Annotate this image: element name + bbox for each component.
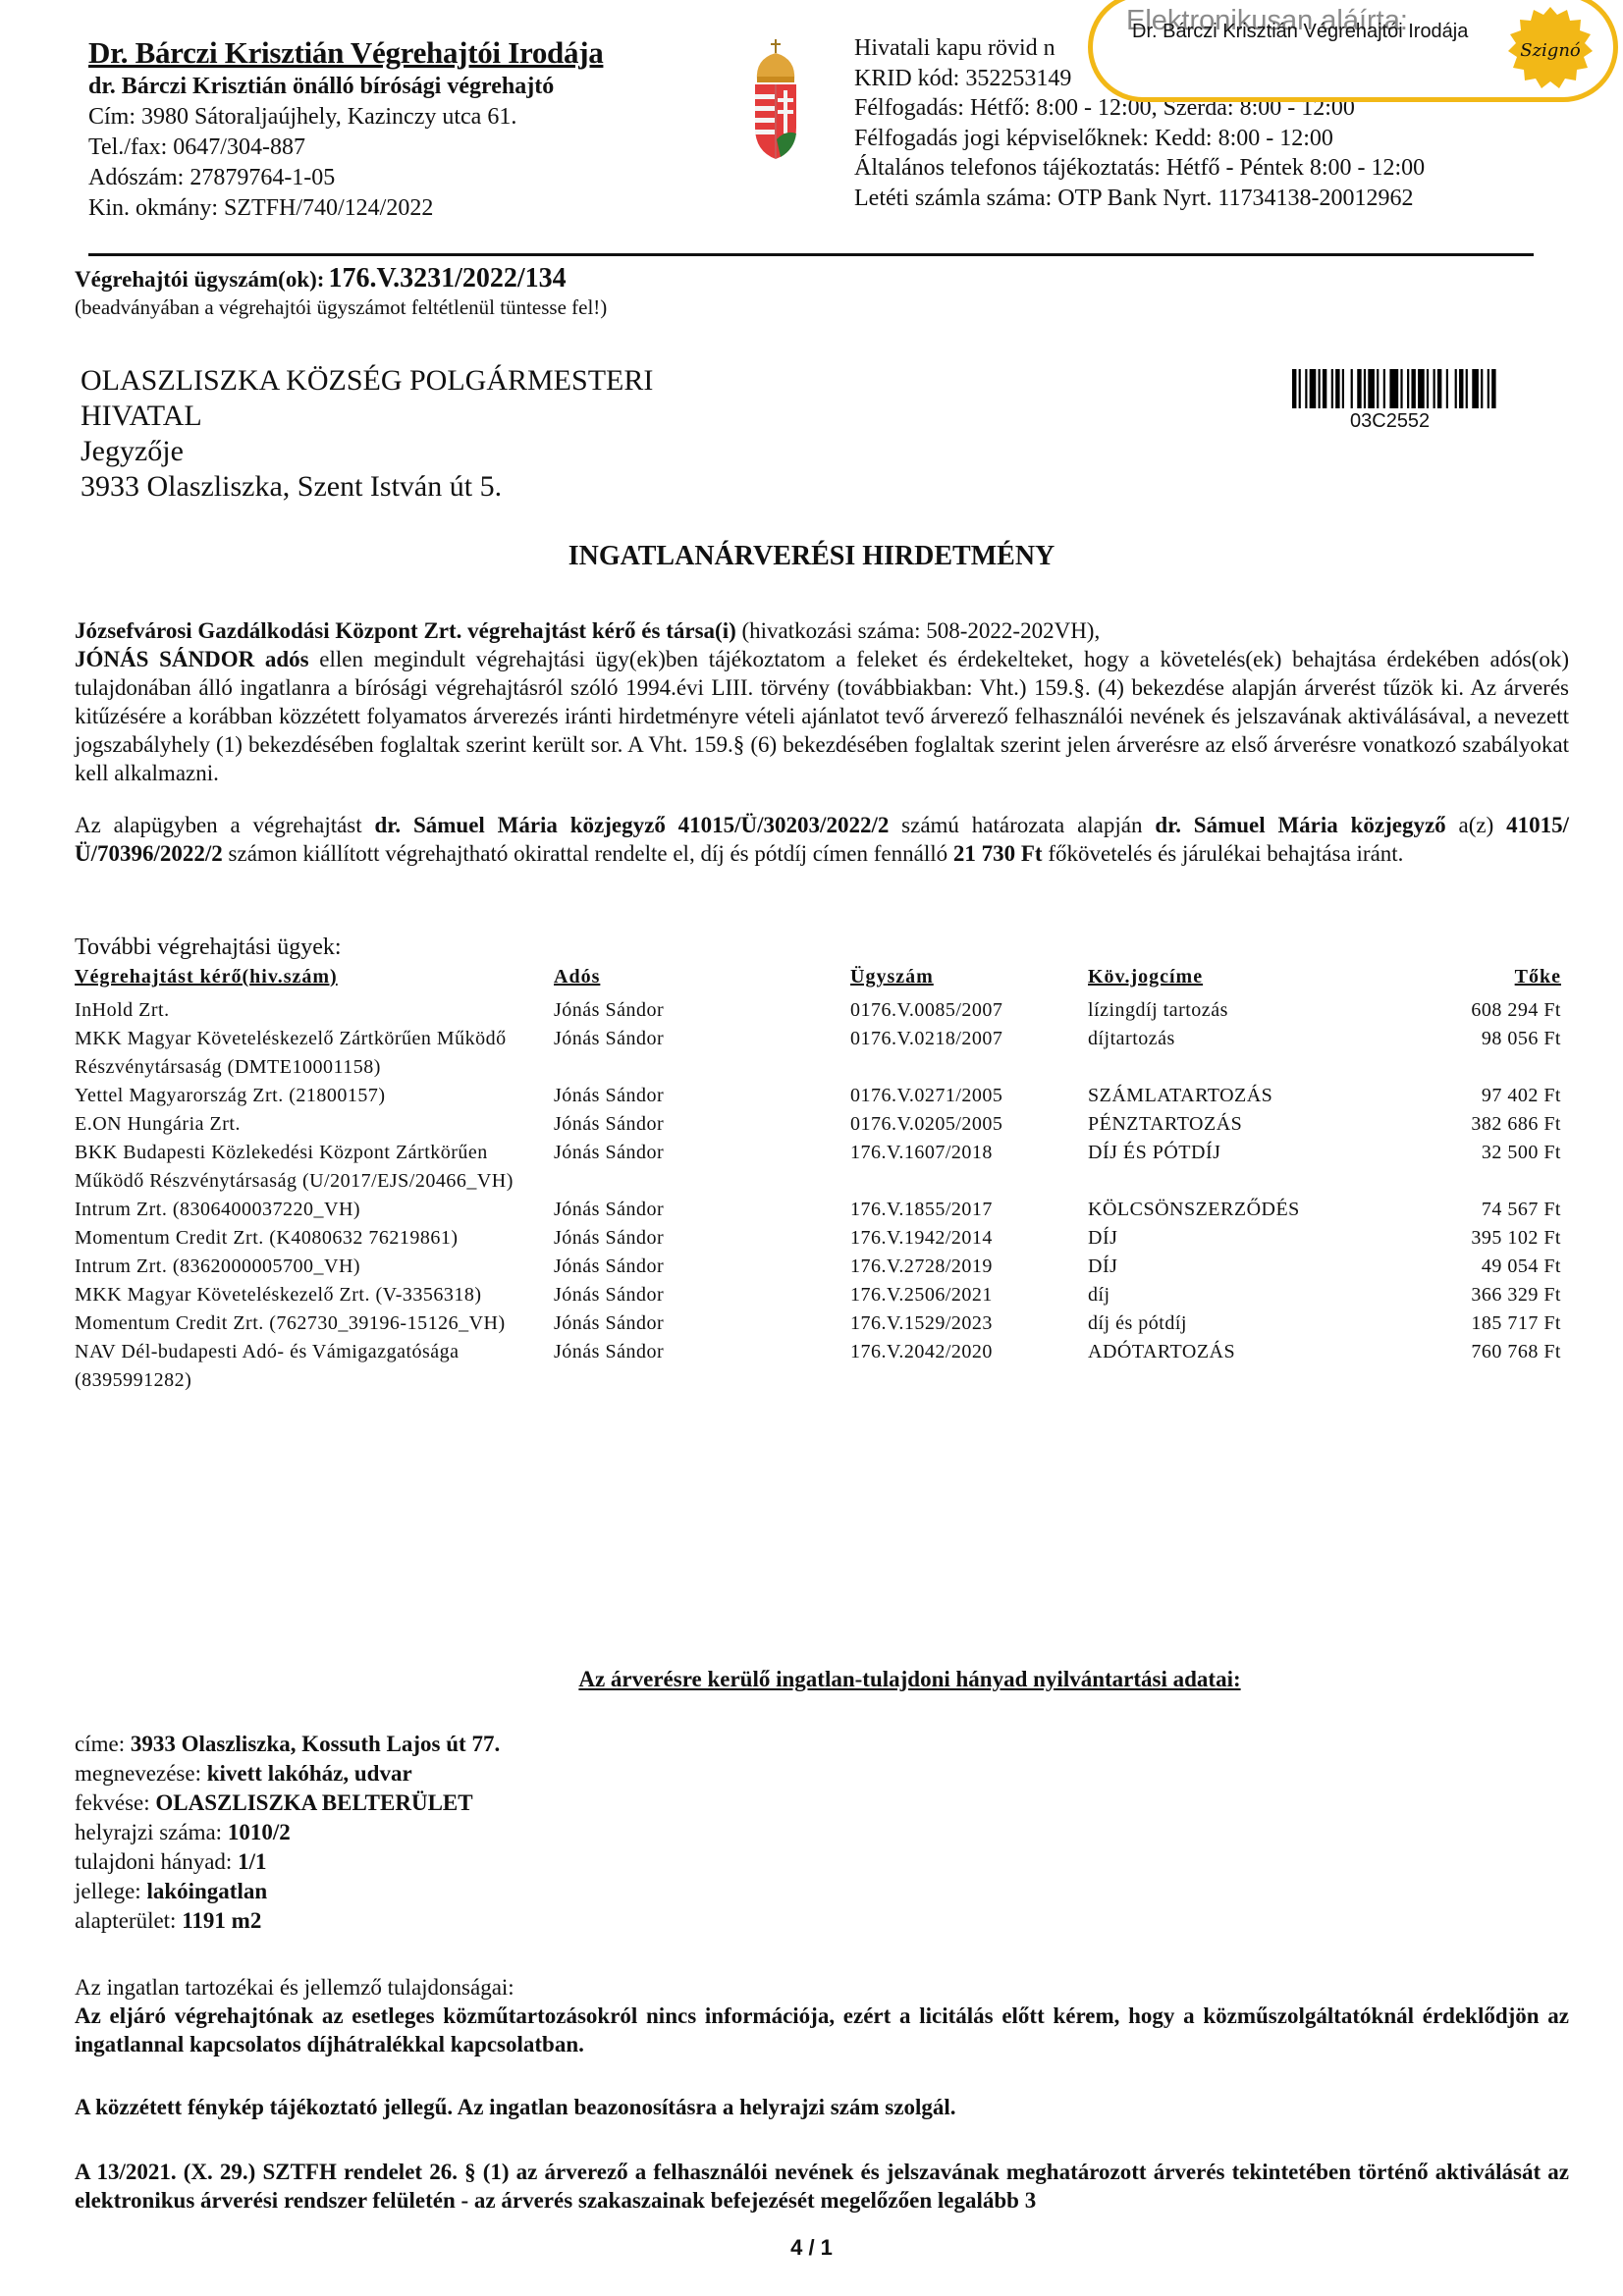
table-row: Intrum Zrt. (8306400037220_VH)Jónás Sánd… (75, 1196, 1569, 1224)
legal-rep-hours: Félfogadás jogi képviselőknek: Kedd: 8:0… (854, 124, 1542, 154)
creditor-name: Józsefvárosi Gazdálkodási Központ Zrt. v… (75, 618, 736, 643)
table-row: MKK Magyar Követeléskezelő Zártkörűen Mű… (75, 1025, 1569, 1082)
cell-case-number: 176.V.1529/2023 (850, 1309, 1088, 1338)
text-span: a(z) (1446, 813, 1506, 837)
cell-case-number: 176.V.1607/2018 (850, 1139, 1088, 1196)
cell-claim-title: DÍJ ÉS PÓTDÍJ (1088, 1139, 1382, 1196)
cell-principal: 608 294 Ft (1382, 996, 1569, 1025)
addressee-line: Jegyzője (81, 434, 653, 469)
document-title: INGATLANÁRVERÉSI HIRDETMÉNY (0, 541, 1623, 572)
cell-debtor: Jónás Sándor (554, 1253, 850, 1281)
cell-principal: 382 686 Ft (1382, 1110, 1569, 1139)
auction-notice-paragraph: Józsefvárosi Gazdálkodási Központ Zrt. v… (75, 616, 1569, 787)
cell-creditor: NAV Dél-budapesti Adó- és Vámigazgatóság… (75, 1338, 554, 1395)
accessories-paragraph: Az ingatlan tartozékai és jellemző tulaj… (75, 1973, 1569, 2058)
text-span: számú határozata alapján (889, 813, 1155, 837)
office-title: Dr. Bárczi Krisztián Végrehajtói Irodája (88, 35, 756, 71)
principal-amount: 21 730 Ft (953, 841, 1043, 866)
accessories-label: Az ingatlan tartozékai és jellemző tulaj… (75, 1973, 1569, 2002)
addressee-block: OLASZLISZKA KÖZSÉG POLGÁRMESTERI HIVATAL… (81, 363, 653, 505)
cell-debtor: Jónás Sándor (554, 1139, 850, 1196)
property-field-label: fekvése: (75, 1790, 155, 1815)
addressee-line: 3933 Olaszliszka, Szent István út 5. (81, 469, 653, 505)
creditor-reference: (hivatkozási száma: 508-2022-202VH), (736, 618, 1100, 643)
cell-principal: 74 567 Ft (1382, 1196, 1569, 1224)
cell-debtor: Jónás Sándor (554, 996, 850, 1025)
case-number: 176.V.3231/2022/134 (328, 263, 566, 294)
cell-creditor: MKK Magyar Követeléskezelő Zrt. (V-33563… (75, 1281, 554, 1309)
case-number-block: Végrehajtói ügyszám(ok): 176.V.3231/2022… (75, 263, 607, 320)
cell-claim-title: SZÁMLATARTOZÁS (1088, 1082, 1382, 1110)
cell-creditor: Momentum Credit Zrt. (762730_39196-15126… (75, 1309, 554, 1338)
barcode-icon (1292, 369, 1500, 408)
column-header-debtor: Adós (554, 966, 850, 996)
property-field: alapterület: 1191 m2 (75, 1906, 500, 1936)
cell-debtor: Jónás Sándor (554, 1110, 850, 1139)
cell-claim-title: díj és pótdíj (1088, 1309, 1382, 1338)
cell-debtor: Jónás Sándor (554, 1082, 850, 1110)
cell-creditor: MKK Magyar Követeléskezelő Zártkörűen Mű… (75, 1025, 554, 1082)
cell-principal: 49 054 Ft (1382, 1253, 1569, 1281)
table-row: BKK Budapesti Közlekedési Központ Zártkö… (75, 1139, 1569, 1196)
cell-creditor: Momentum Credit Zrt. (K4080632 76219861) (75, 1224, 554, 1253)
other-cases-table: Végrehajtást kérő(hiv.szám) Adós Ügyszám… (75, 966, 1569, 1395)
cell-case-number: 176.V.1942/2014 (850, 1224, 1088, 1253)
property-field-label: jellege: (75, 1879, 146, 1903)
column-header-principal: Tőke (1382, 966, 1569, 996)
text-span: Az alapügyben a végrehajtást (75, 813, 374, 837)
property-field-value: 1191 m2 (182, 1908, 261, 1933)
office-appointment-doc: Kin. okmány: SZTFH/740/124/2022 (88, 193, 756, 224)
cell-claim-title: PÉNZTARTOZÁS (1088, 1110, 1382, 1139)
barcode-text: 03C2552 (1350, 410, 1430, 433)
office-subtitle: dr. Bárczi Krisztián önálló bírósági vég… (88, 71, 756, 102)
case-number-note: (beadványában a végrehajtói ügyszámot fe… (75, 294, 607, 320)
property-details: címe: 3933 Olaszliszka, Kossuth Lajos út… (75, 1730, 500, 1936)
cell-claim-title: DÍJ (1088, 1253, 1382, 1281)
phone-info-hours: Általános telefonos tájékoztatás: Hétfő … (854, 153, 1542, 184)
accessories-text: Az eljáró végrehajtónak az esetleges köz… (75, 2003, 1569, 2056)
office-phone: Tel./fax: 0647/304-887 (88, 133, 756, 163)
cell-case-number: 176.V.1855/2017 (850, 1196, 1088, 1224)
addressee-line: HIVATAL (81, 399, 653, 434)
regulation-paragraph: A 13/2021. (X. 29.) SZTFH rendelet 26. §… (75, 2158, 1569, 2215)
table-row: Momentum Credit Zrt. (762730_39196-15126… (75, 1309, 1569, 1338)
table-row: MKK Magyar Követeléskezelő Zrt. (V-33563… (75, 1281, 1569, 1309)
hungarian-coat-of-arms-icon (751, 37, 800, 161)
cell-principal: 760 768 Ft (1382, 1338, 1569, 1395)
cell-case-number: 0176.V.0085/2007 (850, 996, 1088, 1025)
property-field-label: alapterület: (75, 1908, 182, 1933)
cell-creditor: InHold Zrt. (75, 996, 554, 1025)
property-field-value: kivett lakóház, udvar (207, 1761, 412, 1786)
cell-principal: 32 500 Ft (1382, 1139, 1569, 1196)
case-number-label: Végrehajtói ügyszám(ok): (75, 267, 324, 292)
cell-creditor: Intrum Zrt. (8306400037220_VH) (75, 1196, 554, 1224)
property-field: címe: 3933 Olaszliszka, Kossuth Lajos út… (75, 1730, 500, 1759)
cell-claim-title: lízingdíj tartozás (1088, 996, 1382, 1025)
base-case-paragraph: Az alapügyben a végrehajtást dr. Sámuel … (75, 811, 1569, 868)
property-field-value: 3933 Olaszliszka, Kossuth Lajos út 77. (131, 1732, 500, 1756)
office-address: Cím: 3980 Sátoraljaújhely, Kazinczy utca… (88, 102, 756, 133)
debtor-name: JÓNÁS SÁNDOR adós (75, 647, 309, 671)
cell-debtor: Jónás Sándor (554, 1025, 850, 1082)
cell-claim-title: ADÓTARTOZÁS (1088, 1338, 1382, 1395)
cell-case-number: 0176.V.0271/2005 (850, 1082, 1088, 1110)
table-row: InHold Zrt.Jónás Sándor0176.V.0085/2007l… (75, 996, 1569, 1025)
property-field-label: tulajdoni hányad: (75, 1849, 238, 1874)
cell-principal: 97 402 Ft (1382, 1082, 1569, 1110)
cell-principal: 395 102 Ft (1382, 1224, 1569, 1253)
property-field-label: címe: (75, 1732, 131, 1756)
addressee-line: OLASZLISZKA KÖZSÉG POLGÁRMESTERI (81, 363, 653, 399)
cell-creditor: BKK Budapesti Közlekedési Központ Zártkö… (75, 1139, 554, 1196)
photo-note: A közzétett fénykép tájékoztató jellegű.… (75, 2093, 1569, 2121)
office-header: Dr. Bárczi Krisztián Végrehajtói Irodája… (88, 35, 756, 224)
notary-name: dr. Sámuel Mária közjegyző (1155, 813, 1445, 837)
cell-case-number: 176.V.2728/2019 (850, 1253, 1088, 1281)
office-tax-number: Adószám: 27879764-1-05 (88, 163, 756, 193)
column-header-case-number: Ügyszám (850, 966, 1088, 996)
table-row: Yettel Magyarország Zrt. (21800157)Jónás… (75, 1082, 1569, 1110)
text-span: főkövetelés és járulékai behajtása iránt… (1043, 841, 1404, 866)
property-field-value: 1/1 (238, 1849, 266, 1874)
notary-decision: dr. Sámuel Mária közjegyző 41015/Ü/30203… (374, 813, 889, 837)
szigno-seal-icon: Szignó (1507, 5, 1594, 91)
electronic-signature-badge: Elektronikusan aláírta: Dr. Bárczi Krisz… (1088, 0, 1618, 102)
column-header-claim-title: Köv.jogcíme (1088, 966, 1382, 996)
cell-principal: 185 717 Ft (1382, 1309, 1569, 1338)
property-field: jellege: lakóingatlan (75, 1877, 500, 1906)
cell-debtor: Jónás Sándor (554, 1309, 850, 1338)
property-field: megnevezése: kivett lakóház, udvar (75, 1759, 500, 1789)
other-cases-heading: További végrehajtási ügyek: (75, 934, 342, 961)
cell-principal: 366 329 Ft (1382, 1281, 1569, 1309)
text-span: számon kiállított végrehajtható okiratta… (223, 841, 953, 866)
cell-case-number: 0176.V.0218/2007 (850, 1025, 1088, 1082)
cell-claim-title: díjtartozás (1088, 1025, 1382, 1082)
svg-text:Szignó: Szignó (1520, 40, 1581, 61)
cell-debtor: Jónás Sándor (554, 1281, 850, 1309)
cell-principal: 98 056 Ft (1382, 1025, 1569, 1082)
cell-creditor: E.ON Hungária Zrt. (75, 1110, 554, 1139)
property-field-label: megnevezése: (75, 1761, 207, 1786)
property-field-value: lakóingatlan (146, 1879, 267, 1903)
cell-case-number: 0176.V.0205/2005 (850, 1110, 1088, 1139)
signer-name: Dr. Bárczi Krisztián Végrehajtói Irodája (1132, 21, 1468, 43)
table-row: Momentum Credit Zrt. (K4080632 76219861)… (75, 1224, 1569, 1253)
page-number: 4 / 1 (0, 2235, 1623, 2261)
table-row: Intrum Zrt. (8362000005700_VH)Jónás Sánd… (75, 1253, 1569, 1281)
property-field-value: OLASZLISZKA BELTERÜLET (155, 1790, 472, 1815)
cell-debtor: Jónás Sándor (554, 1338, 850, 1395)
cell-claim-title: KÖLCSÖNSZERZŐDÉS (1088, 1196, 1382, 1224)
table-row: NAV Dél-budapesti Adó- és Vámigazgatóság… (75, 1338, 1569, 1395)
property-field-label: helyrajzi száma: (75, 1820, 228, 1844)
table-header-row: Végrehajtást kérő(hiv.szám) Adós Ügyszám… (75, 966, 1569, 996)
cell-case-number: 176.V.2506/2021 (850, 1281, 1088, 1309)
cell-debtor: Jónás Sándor (554, 1224, 850, 1253)
cell-case-number: 176.V.2042/2020 (850, 1338, 1088, 1395)
header-divider (88, 253, 1534, 256)
deposit-account: Letéti számla száma: OTP Bank Nyrt. 1173… (854, 184, 1542, 214)
table-row: E.ON Hungária Zrt.Jónás Sándor0176.V.020… (75, 1110, 1569, 1139)
property-field: fekvése: OLASZLISZKA BELTERÜLET (75, 1789, 500, 1818)
cell-claim-title: DÍJ (1088, 1224, 1382, 1253)
cell-debtor: Jónás Sándor (554, 1196, 850, 1224)
property-field: tulajdoni hányad: 1/1 (75, 1847, 500, 1877)
property-heading: Az árverésre kerülő ingatlan-tulajdoni h… (0, 1667, 1623, 1692)
property-field-value: 1010/2 (228, 1820, 291, 1844)
cell-claim-title: díj (1088, 1281, 1382, 1309)
column-header-creditor: Végrehajtást kérő(hiv.szám) (75, 966, 554, 996)
property-field: helyrajzi száma: 1010/2 (75, 1818, 500, 1847)
cell-creditor: Yettel Magyarország Zrt. (21800157) (75, 1082, 554, 1110)
cell-creditor: Intrum Zrt. (8362000005700_VH) (75, 1253, 554, 1281)
